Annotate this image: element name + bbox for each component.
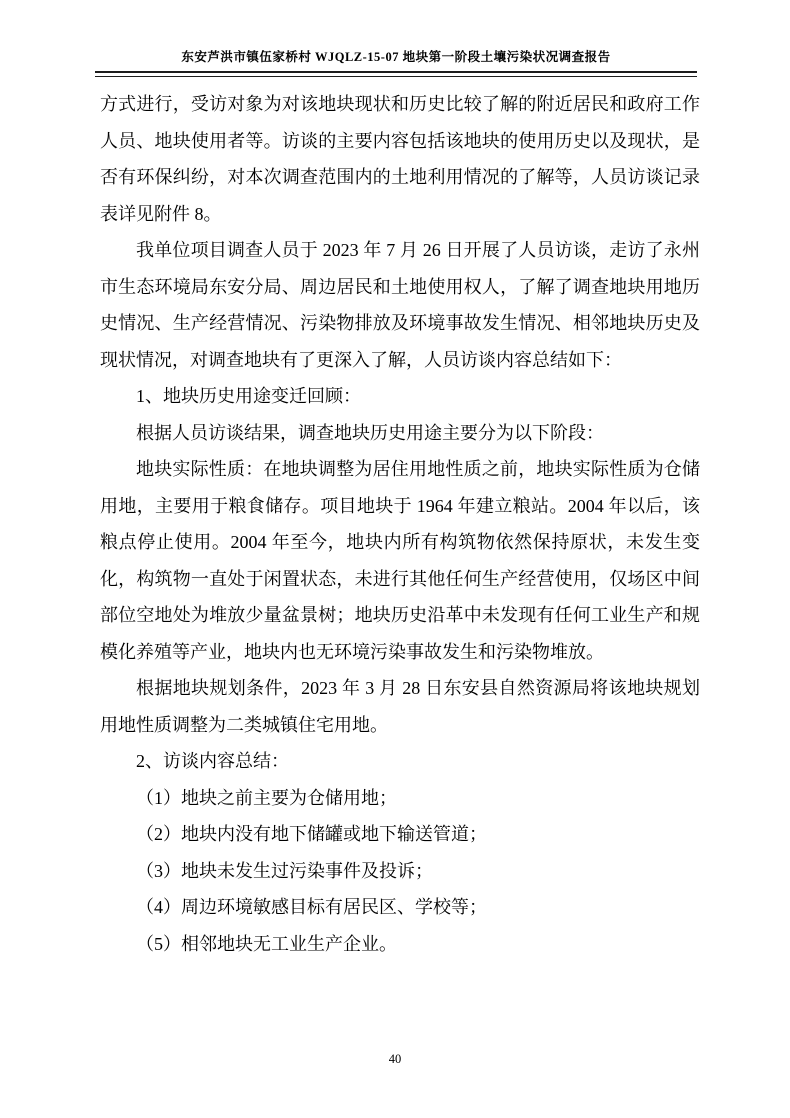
paragraph-planning-condition: 根据地块规划条件，2023 年 3 月 28 日东安县自然资源局将该地块规划用地… [100,670,700,743]
heading-interview-conclusion: 2、访谈内容总结： [100,743,700,780]
header-divider-double-rule [95,71,697,77]
list-item-3: （3）地块未发生过污染事件及投诉； [100,853,700,890]
page-header-title: 东安芦洪市镇伍家桥村 WJQLZ-15-07 地块第一阶段土壤污染状况调查报告 [95,47,697,65]
paragraph-land-actual-nature: 地块实际性质：在地块调整为居住用地性质之前，地块实际性质为仓储用地，主要用于粮食… [100,451,700,670]
paragraph-interview-summary: 我单位项目调查人员于 2023 年 7 月 26 日开展了人员访谈，走访了永州市… [100,232,700,378]
page-number: 40 [0,1052,790,1067]
list-item-1: （1）地块之前主要为仓储用地； [100,780,700,817]
list-item-2: （2）地块内没有地下储罐或地下输送管道； [100,816,700,853]
paragraph-interview-method: 方式进行，受访对象为对该地块现状和历史比较了解的附近居民和政府工作人员、地块使用… [100,86,700,232]
paragraph-history-stages: 根据人员访谈结果，调查地块历史用途主要分为以下阶段： [100,415,700,452]
document-body: 方式进行，受访对象为对该地块现状和历史比较了解的附近居民和政府工作人员、地块使用… [100,86,700,962]
document-page: 东安芦洪市镇伍家桥村 WJQLZ-15-07 地块第一阶段土壤污染状况调查报告 … [0,0,790,1118]
list-item-4: （4）周边环境敏感目标有居民区、学校等； [100,889,700,926]
list-item-5: （5）相邻地块无工业生产企业。 [100,926,700,963]
heading-history-review: 1、地块历史用途变迁回顾： [100,378,700,415]
